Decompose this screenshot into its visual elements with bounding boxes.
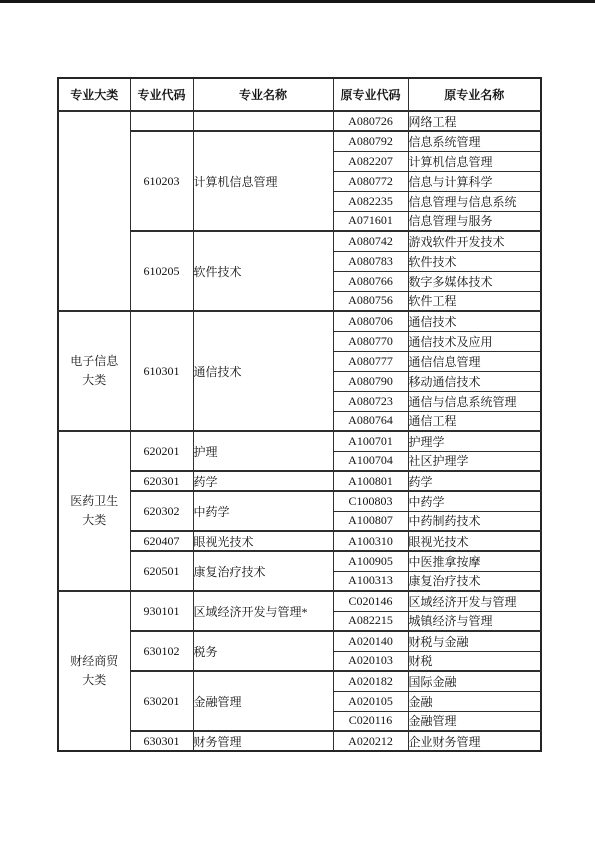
origin-name-cell: 国际金融 [408, 671, 541, 691]
table-row: 电子信息 大类610301通信技术A080706通信技术 [58, 311, 541, 331]
major-code-cell: 630102 [130, 631, 193, 671]
origin-name-cell: 软件工程 [408, 291, 541, 311]
major-code-cell [130, 111, 193, 131]
origin-name-cell: 社区护理学 [408, 451, 541, 471]
table-header: 专业大类专业代码专业名称原专业代码原专业名称 [58, 78, 541, 111]
origin-name-cell: 软件技术 [408, 251, 541, 271]
major-name-cell: 中药学 [193, 491, 333, 531]
origin-name-cell: 城镇经济与管理 [408, 611, 541, 631]
column-header: 专业名称 [193, 78, 333, 111]
origin-name-cell: 通信技术及应用 [408, 331, 541, 351]
origin-name-cell: 信息管理与服务 [408, 211, 541, 231]
origin-code-cell: A100704 [333, 451, 408, 471]
origin-code-cell: A020182 [333, 671, 408, 691]
origin-code-cell: A020103 [333, 651, 408, 671]
major-code-cell: 620501 [130, 551, 193, 591]
origin-code-cell: A080766 [333, 271, 408, 291]
major-name-cell: 财务管理 [193, 731, 333, 751]
major-name-cell [193, 111, 333, 131]
major-name-cell: 税务 [193, 631, 333, 671]
origin-code-cell: A080723 [333, 391, 408, 411]
origin-name-cell: 网络工程 [408, 111, 541, 131]
origin-code-cell: C020146 [333, 591, 408, 611]
origin-code-cell: A080777 [333, 351, 408, 371]
header-row: 专业大类专业代码专业名称原专业代码原专业名称 [58, 78, 541, 111]
origin-name-cell: 财税与金融 [408, 631, 541, 651]
origin-code-cell: A080772 [333, 171, 408, 191]
major-code-cell: 610301 [130, 311, 193, 431]
origin-name-cell: 数字多媒体技术 [408, 271, 541, 291]
category-cell [58, 111, 130, 311]
origin-name-cell: 通信技术 [408, 311, 541, 331]
major-name-cell: 通信技术 [193, 311, 333, 431]
origin-name-cell: 信息与计算科学 [408, 171, 541, 191]
table-row: 620302中药学C100803中药学 [58, 491, 541, 511]
origin-code-cell: A082207 [333, 151, 408, 171]
major-code-cell: 630201 [130, 671, 193, 731]
origin-code-cell: A080756 [333, 291, 408, 311]
category-cell: 财经商贸 大类 [58, 591, 130, 751]
origin-name-cell: 中药制药技术 [408, 511, 541, 531]
origin-name-cell: 中药学 [408, 491, 541, 511]
origin-name-cell: 药学 [408, 471, 541, 491]
origin-name-cell: 护理学 [408, 431, 541, 451]
origin-name-cell: 中医推拿按摩 [408, 551, 541, 571]
origin-code-cell: A100310 [333, 531, 408, 551]
major-name-cell: 药学 [193, 471, 333, 491]
origin-name-cell: 信息管理与信息系统 [408, 191, 541, 211]
table-row: 620407眼视光技术A100310眼视光技术 [58, 531, 541, 551]
origin-code-cell: A082215 [333, 611, 408, 631]
major-code-cell: 630301 [130, 731, 193, 751]
major-name-cell: 康复治疗技术 [193, 551, 333, 591]
table-body: A080726网络工程610203计算机信息管理A080792信息系统管理A08… [58, 111, 541, 751]
origin-code-cell: A080783 [333, 251, 408, 271]
table-row: 620501康复治疗技术A100905中医推拿按摩 [58, 551, 541, 571]
origin-name-cell: 金融 [408, 691, 541, 711]
origin-code-cell: A071601 [333, 211, 408, 231]
origin-name-cell: 眼视光技术 [408, 531, 541, 551]
major-name-cell: 区域经济开发与管理* [193, 591, 333, 631]
origin-code-cell: A080742 [333, 231, 408, 251]
major-code-cell: 610203 [130, 131, 193, 231]
major-name-cell: 护理 [193, 431, 333, 471]
major-code-cell: 620407 [130, 531, 193, 551]
origin-code-cell: A080770 [333, 331, 408, 351]
column-header: 专业大类 [58, 78, 130, 111]
origin-code-cell: A080706 [333, 311, 408, 331]
origin-code-cell: A100313 [333, 571, 408, 591]
origin-code-cell: A020105 [333, 691, 408, 711]
origin-code-cell: A100905 [333, 551, 408, 571]
table-row: 630201金融管理A020182国际金融 [58, 671, 541, 691]
origin-code-cell: A100701 [333, 431, 408, 451]
table-row: 630301财务管理A020212企业财务管理 [58, 731, 541, 751]
table-row: 610203计算机信息管理A080792信息系统管理 [58, 131, 541, 151]
origin-name-cell: 康复治疗技术 [408, 571, 541, 591]
origin-name-cell: 通信工程 [408, 411, 541, 431]
majors-mapping-table: 专业大类专业代码专业名称原专业代码原专业名称 A080726网络工程610203… [57, 77, 542, 752]
category-cell: 医药卫生 大类 [58, 431, 130, 591]
table-row: 财经商贸 大类930101区域经济开发与管理*C020146区域经济开发与管理 [58, 591, 541, 611]
major-code-cell: 620301 [130, 471, 193, 491]
origin-code-cell: A020212 [333, 731, 408, 751]
origin-code-cell: C100803 [333, 491, 408, 511]
table-row: 医药卫生 大类620201护理A100701护理学 [58, 431, 541, 451]
origin-name-cell: 财税 [408, 651, 541, 671]
origin-code-cell: C020116 [333, 711, 408, 731]
origin-name-cell: 计算机信息管理 [408, 151, 541, 171]
origin-name-cell: 金融管理 [408, 711, 541, 731]
table-row: 620301药学A100801药学 [58, 471, 541, 491]
origin-name-cell: 通信信息管理 [408, 351, 541, 371]
column-header: 原专业名称 [408, 78, 541, 111]
major-name-cell: 眼视光技术 [193, 531, 333, 551]
origin-code-cell: A020140 [333, 631, 408, 651]
major-name-cell: 计算机信息管理 [193, 131, 333, 231]
origin-code-cell: A080764 [333, 411, 408, 431]
major-code-cell: 620302 [130, 491, 193, 531]
category-cell: 电子信息 大类 [58, 311, 130, 431]
major-code-cell: 930101 [130, 591, 193, 631]
scan-edge-artifact [0, 0, 595, 3]
major-name-cell: 金融管理 [193, 671, 333, 731]
origin-name-cell: 移动通信技术 [408, 371, 541, 391]
major-code-cell: 620201 [130, 431, 193, 471]
origin-code-cell: A080790 [333, 371, 408, 391]
column-header: 原专业代码 [333, 78, 408, 111]
origin-code-cell: A100807 [333, 511, 408, 531]
origin-code-cell: A082235 [333, 191, 408, 211]
table-row: 610205软件技术A080742游戏软件开发技术 [58, 231, 541, 251]
origin-code-cell: A080726 [333, 111, 408, 131]
table-row: A080726网络工程 [58, 111, 541, 131]
major-code-cell: 610205 [130, 231, 193, 311]
origin-name-cell: 区域经济开发与管理 [408, 591, 541, 611]
origin-name-cell: 信息系统管理 [408, 131, 541, 151]
origin-code-cell: A080792 [333, 131, 408, 151]
origin-name-cell: 通信与信息系统管理 [408, 391, 541, 411]
origin-name-cell: 企业财务管理 [408, 731, 541, 751]
major-name-cell: 软件技术 [193, 231, 333, 311]
table-row: 630102税务A020140财税与金融 [58, 631, 541, 651]
origin-name-cell: 游戏软件开发技术 [408, 231, 541, 251]
origin-code-cell: A100801 [333, 471, 408, 491]
column-header: 专业代码 [130, 78, 193, 111]
